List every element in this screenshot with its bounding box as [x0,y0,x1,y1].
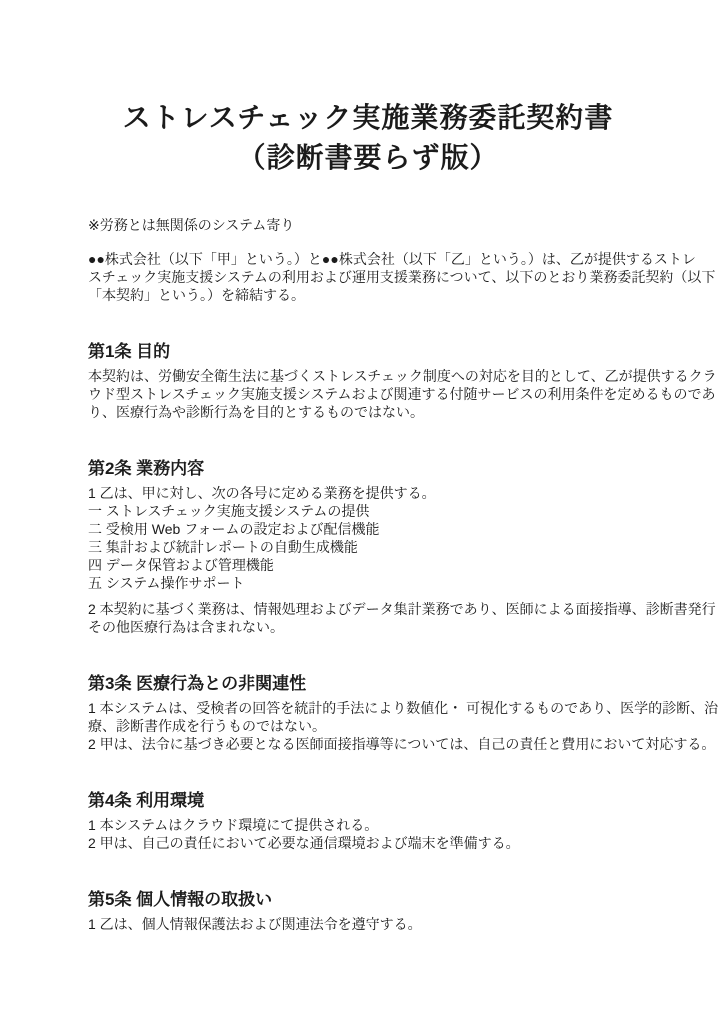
text-line: その他医療行為は含まれない。 [88,618,648,636]
text-line: 2 本契約に基づく業務は、情報処理およびデータ集計業務であり、医師による面接指導… [88,600,648,618]
list-item: 三 集計および統計レポートの自動生成機能 [88,538,648,556]
list-item: 四 データ保管および管理機能 [88,556,648,574]
article-1-body: 本契約は、労働安全衛生法に基づくストレスチェック制度への対応を目的として、乙が提… [88,367,648,421]
text-line: 本契約は、労働安全衛生法に基づくストレスチェック制度への対応を目的として、乙が提… [88,367,648,385]
text-line: ウド型ストレスチェック実施支援システムおよび関連する付随サービスの利用条件を定め… [88,385,648,403]
intro-paragraph: ●●株式会社（以下「甲」という。）と●●株式会社（以下「乙」という。）は、乙が提… [88,250,648,304]
text-line: り、医療行為や診断行為を目的とするものではない。 [88,403,648,421]
article-2-heading: 第2条 業務内容 [88,459,648,479]
article-4-heading: 第4条 利用環境 [88,791,648,811]
article-2-scope-of-services: 第2条 業務内容 1 乙は、甲に対し、次の各号に定める業務を提供する。 一 スト… [88,459,648,636]
document-content: ストレスチェック実施業務委託契約書 （診断書要らず版） ※労務とは無関係のシステ… [0,98,724,933]
list-item: 五 システム操作サポート [88,574,648,592]
document-subtitle: （診断書要らず版） [88,138,648,178]
text-line: 1 乙は、甲に対し、次の各号に定める業務を提供する。 [88,484,648,502]
article-2-clause-1: 1 乙は、甲に対し、次の各号に定める業務を提供する。 一 ストレスチェック実施支… [88,484,648,592]
text-line: 1 本システムはクラウド環境にて提供される。 [88,816,648,834]
article-5-body: 1 乙は、個人情報保護法および関連法令を遵守する。 [88,915,648,933]
article-1-heading: 第1条 目的 [88,342,648,362]
article-2-clause-2: 2 本契約に基づく業務は、情報処理およびデータ集計業務であり、医師による面接指導… [88,600,648,636]
article-4-environment: 第4条 利用環境 1 本システムはクラウド環境にて提供される。 2 甲は、自己の… [88,791,648,852]
text-line: ●●株式会社（以下「甲」という。）と●●株式会社（以下「乙」という。）は、乙が提… [88,250,648,268]
text-line: スチェック実施支援システムの利用および運用支援業務について、以下のとおり業務委託… [88,268,648,286]
article-4-body: 1 本システムはクラウド環境にて提供される。 2 甲は、自己の責任において必要な… [88,816,648,852]
text-line: 1 本システムは、受検者の回答を統計的手法により数値化・ 可視化するものであり、… [88,699,648,717]
title-block: ストレスチェック実施業務委託契約書 （診断書要らず版） [88,98,648,178]
article-5-heading: 第5条 個人情報の取扱い [88,890,648,910]
list-item: 一 ストレスチェック実施支援システムの提供 [88,502,648,520]
document-title: ストレスチェック実施業務委託契約書 [88,98,648,138]
article-1-purpose: 第1条 目的 本契約は、労働安全衛生法に基づくストレスチェック制度への対応を目的… [88,342,648,421]
note-text: ※労務とは無関係のシステム寄り [88,216,648,234]
list-item: 二 受検用 Web フォームの設定および配信機能 [88,520,648,538]
document-page: ストレスチェック実施業務委託契約書 （診断書要らず版） ※労務とは無関係のシステ… [0,0,724,1024]
text-line: 2 甲は、法令に基づき必要となる医師面接指導等については、自己の責任と費用におい… [88,735,648,753]
article-3-heading: 第3条 医療行為との非関連性 [88,674,648,694]
text-line: 療、診断書作成を行うものではない。 [88,717,648,735]
text-line: 「本契約」という。）を締結する。 [88,286,648,304]
article-5-personal-data: 第5条 個人情報の取扱い 1 乙は、個人情報保護法および関連法令を遵守する。 [88,890,648,933]
text-line: 1 乙は、個人情報保護法および関連法令を遵守する。 [88,915,648,933]
text-line: 2 甲は、自己の責任において必要な通信環境および端末を準備する。 [88,834,648,852]
article-3-body: 1 本システムは、受検者の回答を統計的手法により数値化・ 可視化するものであり、… [88,699,648,753]
article-3-non-medical: 第3条 医療行為との非関連性 1 本システムは、受検者の回答を統計的手法により数… [88,674,648,753]
